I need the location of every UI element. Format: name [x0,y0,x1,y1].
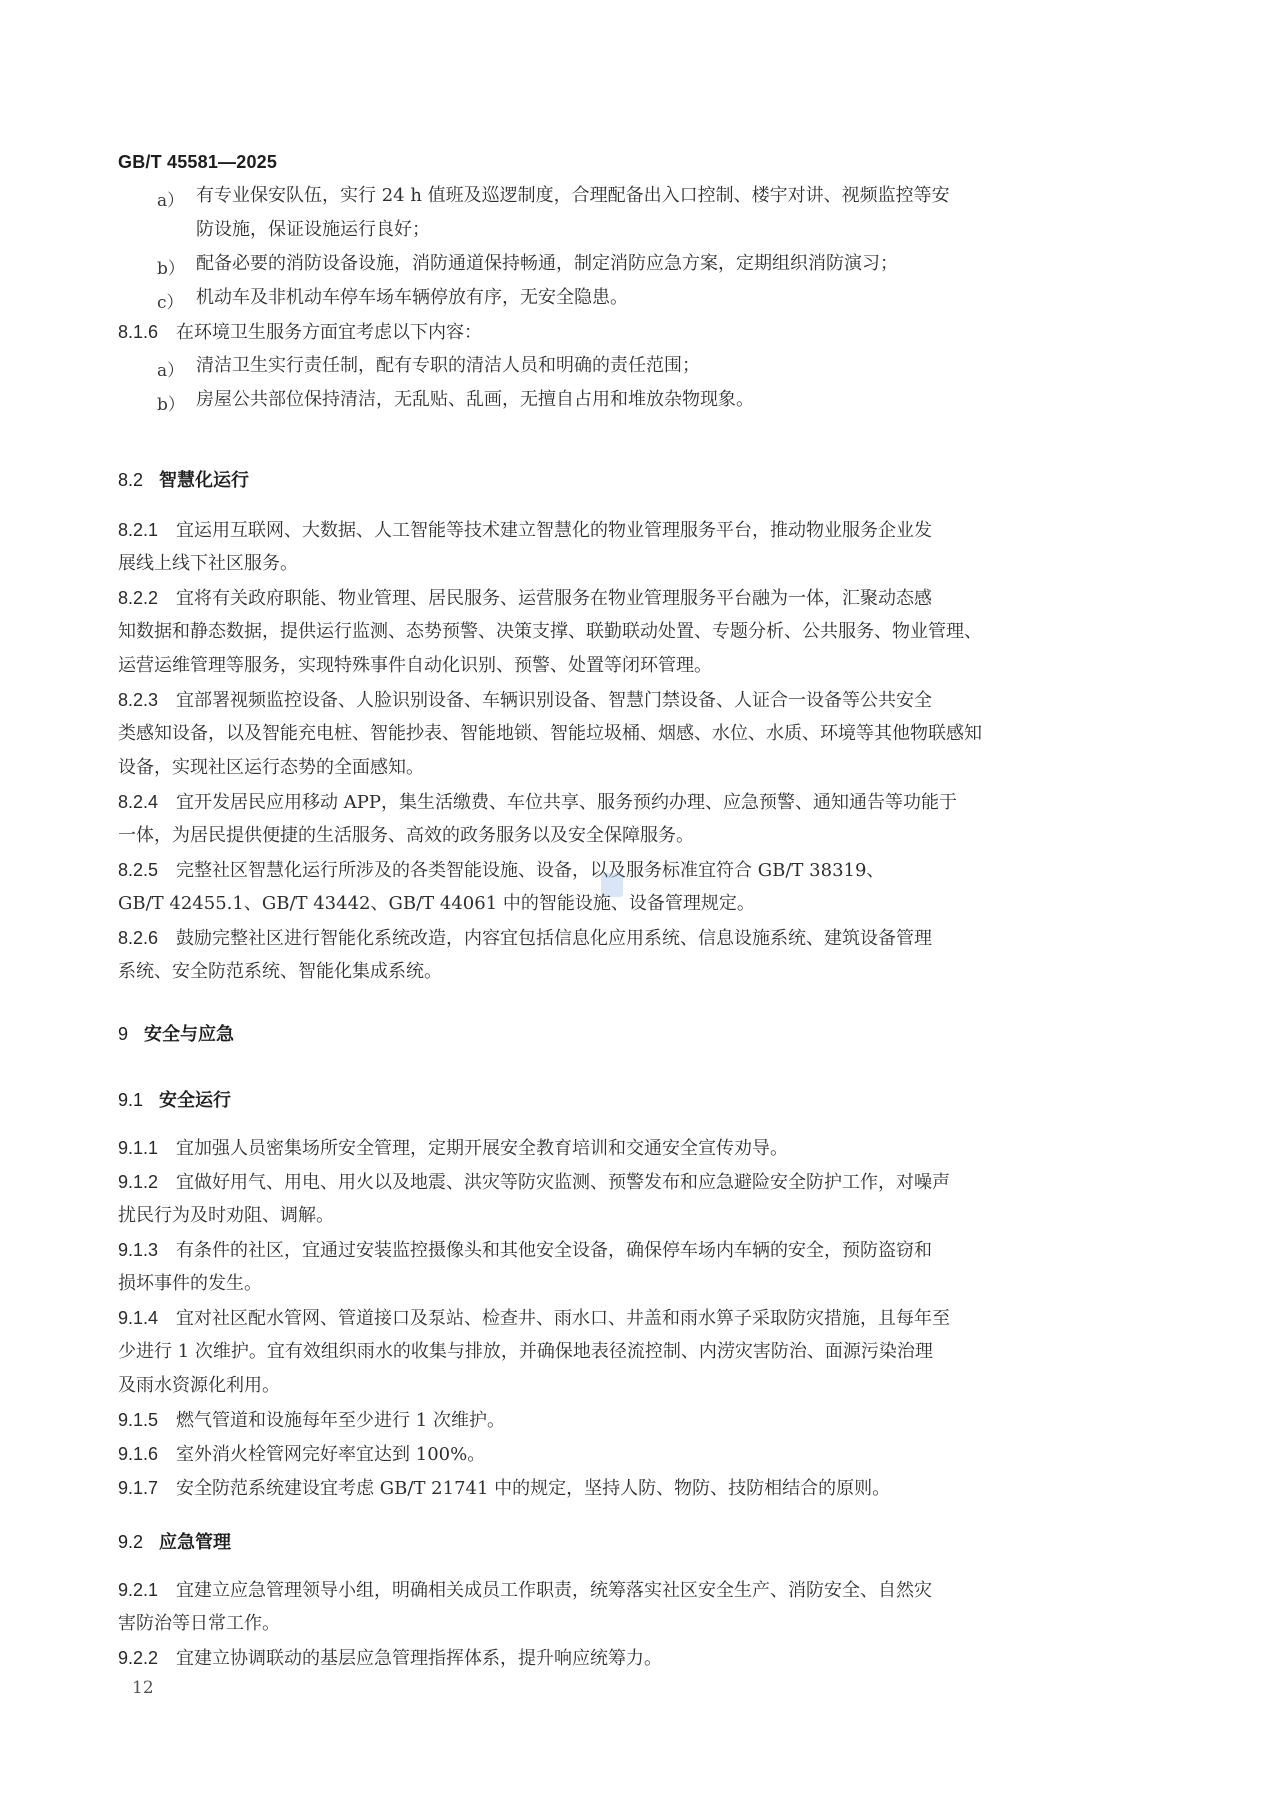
list-item-line: 清洁卫生实行责任制，配有专职的清洁人员和明确的责任范围； [196,354,700,378]
list-marker: a） [157,356,184,381]
clause-text: 鼓励完整社区进行智能化系统改造，内容宜包括信息化应用系统、信息设施系统、建筑设备… [176,928,932,949]
clause-9-1-3: 9.1.3有条件的社区，宜通过安装监控摄像头和其他安全设备，确保停车场内车辆的安… [118,1238,932,1263]
list-item-line: 房屋公共部位保持清洁，无乱贴、乱画，无擅自占用和堆放杂物现象。 [196,388,754,412]
section-heading-9-2: 9.2应急管理 [118,1528,231,1554]
clause-continuation: 运营运维管理等服务，实现特殊事件自动化识别、预警、处置等闭环管理。 [118,654,712,678]
clause-9-2-2: 9.2.2宜建立协调联动的基层应急管理指挥体系，提升响应统筹力。 [118,1646,662,1671]
clause-text: 宜运用互联网、大数据、人工智能等技术建立智慧化的物业管理服务平台，推动物业服务企… [176,520,932,541]
clause-number: 9.2.2 [118,1646,158,1670]
clause-number: 8.1.6 [118,320,158,344]
clause-number: 9.1.6 [118,1442,158,1466]
clause-continuation: 害防治等日常工作。 [118,1612,280,1636]
clause-9-1-7: 9.1.7安全防范系统建设宜考虑 GB/T 21741 中的规定，坚持人防、物防… [118,1476,890,1501]
heading-number: 9.2 [118,1532,143,1552]
clause-9-1-1: 9.1.1宜加强人员密集场所安全管理，定期开展安全教育培训和交通安全宣传劝导。 [118,1136,788,1161]
heading-number: 8.2 [118,470,143,490]
heading-title: 安全与应急 [144,1024,234,1044]
clause-continuation: 知数据和静态数据，提供运行监测、态势预警、决策支撑、联勤联动处置、专题分析、公共… [118,620,982,644]
list-marker: b） [157,254,185,279]
clause-text: 宜对社区配水管网、管道接口及泵站、检查井、雨水口、井盖和雨水箅子采取防灾措施，且… [176,1308,950,1329]
clause-continuation: 类感知设备，以及智能充电桩、智能抄表、智能地锁、智能垃圾桶、烟感、水位、水质、环… [118,722,982,746]
clause-9-1-6: 9.1.6室外消火栓管网完好率宜达到 100%。 [118,1442,485,1467]
clause-text: 宜将有关政府职能、物业管理、居民服务、运营服务在物业管理服务平台融为一体，汇聚动… [176,588,932,609]
heading-title: 安全运行 [159,1090,231,1110]
clause-number: 9.1.7 [118,1476,158,1500]
list-marker: b） [157,390,185,415]
clause-number: 8.2.4 [118,790,158,814]
clause-continuation: 少进行 1 次维护。宜有效组织雨水的收集与排放，并确保地表径流控制、内涝灾害防治… [118,1340,933,1364]
clause-number: 9.1.2 [118,1170,158,1194]
clause-continuation: 展线上线下社区服务。 [118,552,298,576]
clause-text: 燃气管道和设施每年至少进行 1 次维护。 [176,1410,505,1431]
clause-8-2-1: 8.2.1宜运用互联网、大数据、人工智能等技术建立智慧化的物业管理服务平台，推动… [118,518,932,543]
chapter-heading-9: 9安全与应急 [118,1020,234,1046]
page-number: 12 [132,1678,154,1698]
clause-continuation: 及雨水资源化利用。 [118,1374,280,1398]
clause-number: 8.2.5 [118,858,158,882]
clause-text: 宜部署视频监控设备、人脸识别设备、车辆识别设备、智慧门禁设备、人证合一设备等公共… [176,690,932,711]
clause-continuation: 系统、安全防范系统、智能化集成系统。 [118,960,442,984]
clause-text: 宜开发居民应用移动 APP，集生活缴费、车位共享、服务预约办理、应急预警、通知通… [176,792,957,813]
clause-text: 室外消火栓管网完好率宜达到 100%。 [176,1444,485,1465]
clause-text: 在环境卫生服务方面宜考虑以下内容： [176,322,482,343]
clause-9-1-2: 9.1.2宜做好用气、用电、用火以及地震、洪灾等防灾监测、预警发布和应急避险安全… [118,1170,950,1195]
clause-9-2-1: 9.2.1宜建立应急管理领导小组，明确相关成员工作职责，统筹落实社区安全生产、消… [118,1578,932,1603]
clause-text: 宜建立协调联动的基层应急管理指挥体系，提升响应统筹力。 [176,1648,662,1669]
standard-id: GB/T 45581—2025 [118,152,277,173]
clause-8-1-6: 8.1.6在环境卫生服务方面宜考虑以下内容： [118,320,482,345]
clause-number: 8.2.2 [118,586,158,610]
clause-number: 9.1.3 [118,1238,158,1262]
clause-continuation: 设备，实现社区运行态势的全面感知。 [118,756,424,780]
clause-9-1-4: 9.1.4宜对社区配水管网、管道接口及泵站、检查井、雨水口、井盖和雨水箅子采取防… [118,1306,950,1331]
document-page: GB/T 45581—2025 a） 有专业保安队伍，实行 24 h 值班及巡逻… [0,0,1280,1810]
clause-number: 8.2.6 [118,926,158,950]
clause-continuation: 一体，为居民提供便捷的生活服务、高效的政务服务以及安全保障服务。 [118,824,694,848]
section-heading-8-2: 8.2智慧化运行 [118,466,249,492]
clause-text: 安全防范系统建设宜考虑 GB/T 21741 中的规定，坚持人防、物防、技防相结… [176,1478,890,1499]
heading-title: 应急管理 [159,1532,231,1552]
clause-8-2-2: 8.2.2宜将有关政府职能、物业管理、居民服务、运营服务在物业管理服务平台融为一… [118,586,932,611]
clause-number: 8.2.1 [118,518,158,542]
clause-8-2-4: 8.2.4宜开发居民应用移动 APP，集生活缴费、车位共享、服务预约办理、应急预… [118,790,957,815]
section-heading-9-1: 9.1安全运行 [118,1086,231,1112]
clause-number: 9.1.5 [118,1408,158,1432]
list-marker: a） [157,186,184,211]
clause-continuation: 损坏事件的发生。 [118,1272,262,1296]
clause-text: 有条件的社区，宜通过安装监控摄像头和其他安全设备，确保停车场内车辆的安全，预防盗… [176,1240,932,1261]
heading-number: 9.1 [118,1090,143,1110]
heading-title: 智慧化运行 [159,470,249,490]
clause-number: 9.1.4 [118,1306,158,1330]
heading-number: 9 [118,1024,128,1044]
list-item-line: 有专业保安队伍，实行 24 h 值班及巡逻制度，合理配备出入口控制、楼宇对讲、视… [196,184,950,208]
list-marker: c） [157,288,184,313]
clause-text: 宜加强人员密集场所安全管理，定期开展安全教育培训和交通安全宣传劝导。 [176,1138,788,1159]
clause-number: 9.2.1 [118,1578,158,1602]
clause-8-2-6: 8.2.6鼓励完整社区进行智能化系统改造，内容宜包括信息化应用系统、信息设施系统… [118,926,932,951]
clause-text: 宜做好用气、用电、用火以及地震、洪灾等防灾监测、预警发布和应急避险安全防护工作，… [176,1172,950,1193]
clause-continuation: GB/T 42455.1、GB/T 43442、GB/T 44061 中的智能设… [118,892,755,916]
list-item-line: 配备必要的消防设备设施，消防通道保持畅通，制定消防应急方案，定期组织消防演习； [196,252,898,276]
clause-number: 9.1.1 [118,1136,158,1160]
clause-text: 宜建立应急管理领导小组，明确相关成员工作职责，统筹落实社区安全生产、消防安全、自… [176,1580,932,1601]
list-item-line: 机动车及非机动车停车场车辆停放有序，无安全隐患。 [196,286,628,310]
clause-9-1-5: 9.1.5燃气管道和设施每年至少进行 1 次维护。 [118,1408,505,1433]
clause-8-2-3: 8.2.3宜部署视频监控设备、人脸识别设备、车辆识别设备、智慧门禁设备、人证合一… [118,688,932,713]
list-item-line: 防设施，保证设施运行良好； [196,218,430,242]
clause-number: 8.2.3 [118,688,158,712]
clause-text: 完整社区智慧化运行所涉及的各类智能设施、设备，以及服务标准宜符合 GB/T 38… [176,860,884,881]
clause-continuation: 扰民行为及时劝阻、调解。 [118,1204,334,1228]
clause-8-2-5: 8.2.5完整社区智慧化运行所涉及的各类智能设施、设备，以及服务标准宜符合 GB… [118,858,884,883]
